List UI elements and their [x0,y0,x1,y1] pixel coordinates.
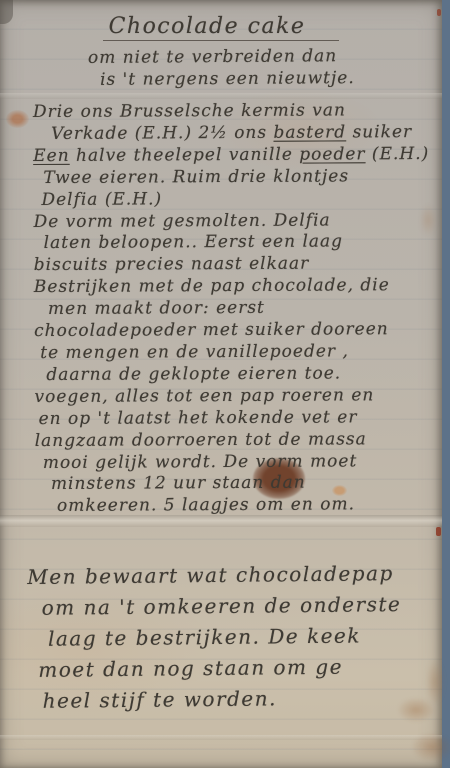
handwritten-line: heel stijf te worden. [42,682,402,717]
handwritten-line: mooi gelijk wordt. De vorm moet [43,450,431,474]
photo-of-recipe-page: Chocolade cake om niet te verbreiden dan… [0,0,450,768]
recipe-title: Chocolade cake [0,14,442,41]
handwritten-line: Men bewaart wat chocoladepap [27,558,401,593]
handwritten-line: daarna de geklopte eieren toe. [46,363,430,387]
recipe-title-text: Chocolade cake [103,14,340,41]
handwritten-line: Bestrijken met de pap chocolade, die [34,275,430,299]
handwritten-line: Verkade (E.H.) 2½ ons basterd suiker [51,122,429,146]
handwritten-line: De vorm met gesmolten. Delfia [33,209,429,233]
handwritten-line: moet dan nog staan om ge [38,651,402,686]
handwritten-line: Delfia (E.H.) [41,188,429,212]
handwritten-line: Drie ons Brusselsche kermis van [33,100,429,124]
handwritten-line: laten beloopen.. Eerst een laag [44,231,430,255]
handwritten-line: chocoladepoeder met suiker dooreen [34,319,430,343]
handwritten-line: men maakt door: eerst [48,297,430,321]
recipe-note-text: Men bewaart wat chocoladepapom na 't omk… [27,558,402,717]
handwritten-line: Een halve theelepel vanille poeder (E.H.… [33,144,429,168]
handwritten-line: laag te bestrijken. De keek [48,620,402,655]
handwritten-line: te mengen en de vanillepoeder , [40,341,430,365]
handwritten-line: voegen, alles tot een pap roeren en [34,385,430,409]
recipe-subtitle: om niet te verbreiden danis 't nergens e… [88,45,355,91]
handwritten-line: om na 't omkeeren de onderste [42,589,402,624]
recipe-body-text: Drie ons Brusselsche kermis vanVerkade (… [33,100,431,518]
handwritten-line: langzaam doorroeren tot de massa [35,429,431,453]
handwritten-line: minstens 12 uur staan dan [51,472,431,496]
handwritten-line: biscuits precies naast elkaar [34,253,430,277]
handwritten-line: omkeeren. 5 laagjes om en om. [57,494,431,518]
handwritten-line: om niet te verbreiden dan [88,45,355,69]
handwritten-line: Twee eieren. Ruim drie klontjes [43,166,429,190]
handwritten-line: en op 't laatst het kokende vet er [39,407,431,431]
handwritten-line: is 't nergens een nieuwtje. [100,67,355,91]
